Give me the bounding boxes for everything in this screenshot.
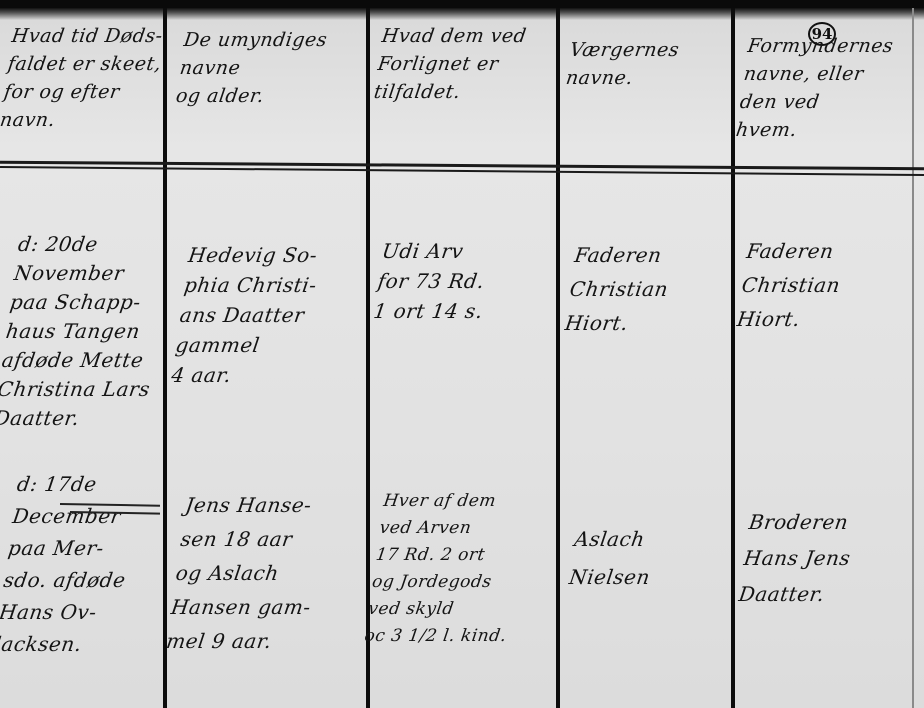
header-trustees: Formyndernes navne, eller den ved hvem. [734, 32, 915, 144]
entry-2-guardian: Aslach Nielsen [567, 520, 738, 596]
entry-1-date-deceased: d: 20de November paa Schapp- haus Tangen… [0, 230, 175, 433]
column-divider-3 [556, 8, 560, 708]
scanned-register-page: 94 Hvad tid Døds- faldet er skeet, for o… [0, 8, 924, 708]
entry-1-inheritance: Udi Arv for 73 Rd. 1 ort 14 s. [372, 236, 560, 326]
header-date-deceased: Hvad tid Døds- faldet er skeet, for og e… [0, 22, 169, 134]
entry-2-date-deceased: d: 17de December paa Mer- sdo. afdøde Ha… [0, 468, 174, 660]
header-heirs-ages: De umyndiges navne og alder. [174, 26, 366, 110]
scan-top-shadow [0, 8, 924, 20]
entry-1-guardian: Faderen Christian Hiort. [563, 238, 737, 340]
entry-2-heirs: Jens Hanse- sen 18 aar og Aslach Hansen … [164, 488, 373, 658]
column-divider-4 [731, 8, 735, 708]
column-divider-1 [163, 8, 167, 708]
entry-1-heirs: Hedevig So- phia Christi- ans Daatter ga… [169, 240, 370, 390]
page-right-edge [912, 8, 914, 708]
entry-2-trustee: Broderen Hans Jens Daatter. [736, 504, 916, 612]
entry-2-inheritance: Hver af dem ved Arven 17 Rd. 2 ort og Jo… [363, 488, 566, 650]
header-inheritance: Hvad dem ved Forlignet er tilfaldet. [372, 22, 559, 106]
entry-1-trustee: Faderen Christian Hiort. [735, 234, 914, 336]
header-guardians: Værgernes navne. [564, 36, 732, 92]
